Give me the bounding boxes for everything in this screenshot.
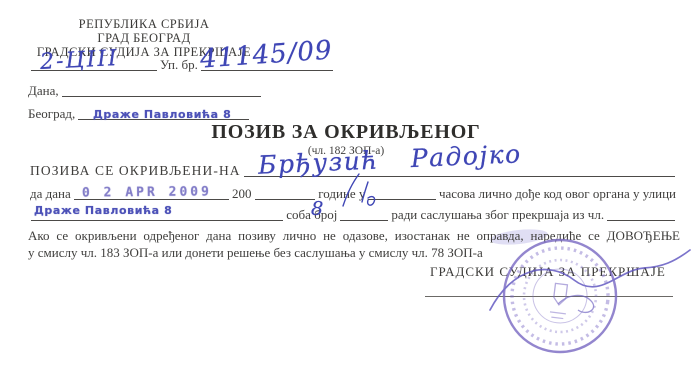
appearance-text-4: часова лично дође код овог органа у улиц…: [439, 187, 676, 202]
address-stamp-2: Драже Павловића 8: [34, 204, 172, 217]
address-stamp: Драже Павловића 8: [93, 108, 231, 121]
ref-number-label: Уп. бр.: [160, 58, 198, 73]
date-label: Дана,: [28, 84, 59, 99]
city-label: Београд,: [28, 107, 75, 122]
handwritten-room-number: 8: [310, 198, 323, 221]
official-seal-stamp: [462, 218, 700, 368]
room-number-blank: [340, 210, 388, 221]
date-line: Дана,: [28, 84, 264, 99]
name-gap: [379, 167, 411, 168]
letterhead-line-republic: РЕПУБЛИКА СРБИЈА: [28, 17, 260, 31]
handwritten-first-name: Радојко: [410, 139, 522, 173]
date-stamp: 0 2 APR 2009: [82, 184, 212, 200]
scanned-summons-document: РЕПУБЛИКА СРБИЈА ГРАД БЕОГРАД ГРАДСКИ СУ…: [0, 0, 700, 387]
date-blank-line: [62, 86, 261, 97]
appearance-year-blank: [255, 189, 316, 200]
document-title: ПОЗИВ ЗА ОКРИВЉЕНОГ: [0, 121, 692, 144]
appearance-text-1: да дана: [30, 187, 71, 202]
signature-stroke: [490, 250, 690, 310]
handwritten-case-mark: 2-ЦIII: [39, 46, 119, 75]
summon-label: ПОЗИВА СЕ ОКРИВЉЕНИ-НА: [30, 163, 241, 179]
appearance-text-2: 200: [232, 187, 252, 202]
handwritten-flourish: [335, 172, 385, 208]
